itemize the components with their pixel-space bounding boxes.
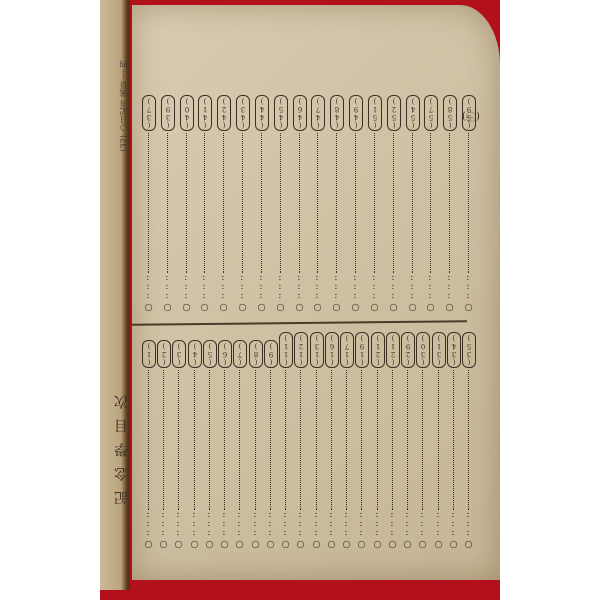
toc-entry: ○ ·· ·· ··(46) [293,78,305,313]
toc-entry: ○ ·· ·· ··(19) [355,325,367,550]
spine-entry-text: ○日記의 風景 ⋯ 四 [119,60,128,133]
toc-entry: ○ ·· ·· ··(31) [432,325,444,550]
toc-entry-text: ○ ·· ·· ·· [199,275,210,313]
toc-title: 記念學目次 [112,385,130,505]
toc-page-number: (2) [157,340,171,368]
toc-entry-text: ○ ·· ·· ·· [341,512,352,550]
toc-entry: ○ ·· ·· ··(34) [447,325,459,550]
toc-entry-text: ○ ·· ·· ·· [204,512,215,550]
leader-dots [318,133,319,273]
leader-dots [408,370,409,510]
toc-entry: ○ ·· ·· ··(1) [142,325,154,550]
leader-dots [450,133,451,273]
toc-page-number: (54) [406,95,420,131]
toc-entry-text: ○ ·· ·· ·· [387,512,398,550]
toc-page-number: (57) [424,95,438,131]
toc-entry-text: ○ ·· ·· ·· [173,512,184,550]
leader-dots [392,370,393,510]
toc-page-number: (21) [371,332,385,368]
toc-page-number: (29) [401,332,415,368]
toc-entry: ○ ·· ·· ··(9) [264,325,276,550]
leader-dots [164,370,165,510]
toc-entry: ○ ·· ·· ··(17) [340,325,352,550]
toc-entry-text: ○ ·· ·· ·· [143,512,154,550]
toc-entry-text: ○ ·· ·· ·· [250,512,261,550]
toc-entry: ○ ·· ·· ··(40) [180,78,192,313]
toc-entry-text: ○ ·· ·· ·· [162,275,173,313]
toc-entry: ○ ·· ·· ··(49) [349,78,361,313]
leader-dots [240,370,241,510]
leader-dots [337,133,338,273]
toc-page-number: (7) [233,340,247,368]
leader-dots [423,370,424,510]
toc-entry: ○ ·· ·· ··(51) [368,78,380,313]
toc-page-number: (47) [311,95,325,131]
leader-dots [280,133,281,273]
toc-entry-text: ○ ·· ·· ·· [388,275,399,313]
toc-page-number: (39) [161,95,175,131]
toc-entry: ○ ·· ·· ··(21) [371,325,383,550]
toc-entry: ○ ·· ·· ··(12) [294,325,306,550]
toc-entry: ○ ·· ·· ··(3) [172,325,184,550]
toc-page-number: (30) [416,332,430,368]
toc-page-number: (8) [249,340,263,368]
toc-entry-text: ○ ·· ·· ·· [181,275,192,313]
toc-entry: ○ ·· ·· ··(11) [279,325,291,550]
toc-entry-text: ○ ·· ·· ·· [265,512,276,550]
toc-entry: ○ ·· ·· ··(58) [443,78,455,313]
toc-entry-text: ○ ·· ·· ·· [402,512,413,550]
toc-entry: ○ ·· ·· ··(42) [217,78,229,313]
toc-entry-text: ○ ·· ·· ·· [425,275,436,313]
toc-entry: ○ ·· ·· ··(21) [386,325,398,550]
leader-dots [205,133,206,273]
toc-entry-text: ○ ·· ·· ·· [219,512,230,550]
toc-page-number: (41) [198,95,212,131]
leader-dots [347,370,348,510]
toc-entry: ○ ·· ·· ··(29) [401,325,413,550]
toc-entry-text: ○ ·· ·· ·· [350,275,361,313]
toc-entry-text: ○ ·· ·· ·· [463,512,474,550]
toc-entry-text: ○ ·· ·· ·· [218,275,229,313]
toc-entry: ○ ·· ·· ··(37) [142,78,154,313]
toc-entry-text: ○ ·· ·· ·· [433,512,444,550]
toc-entry: ○ ·· ·· ··(5) [203,325,215,550]
toc-entry: ○ ·· ·· ··(7) [233,325,245,550]
toc-entry: ○ ·· ·· ··(41) [198,78,210,313]
toc-entry: ○ ·· ·· ··(59) [462,78,474,313]
toc-page-number: (9) [264,340,278,368]
toc-entry: ○ ·· ·· ··(57) [424,78,436,313]
toc-entry-text: ○ ·· ·· ·· [280,512,291,550]
toc-page-number: (45) [274,95,288,131]
toc-entry-text: ○ ·· ·· ·· [295,512,306,550]
toc-page-number: (31) [432,332,446,368]
toc-entry: ○ ·· ·· ··(48) [330,78,342,313]
leader-dots [469,370,470,510]
toc-page-number: (19) [355,332,369,368]
leader-dots [469,133,470,273]
toc-entry-text: ○ ·· ·· ·· [312,275,323,313]
toc-page-number: (46) [293,95,307,131]
toc-page-number: (34) [447,332,461,368]
toc-entry-text: ○ ·· ·· ·· [448,512,459,550]
toc-entry-text: ○ ·· ·· ·· [143,275,154,313]
leader-dots [331,370,332,510]
leader-dots [301,370,302,510]
toc-page-number: (42) [217,95,231,131]
toc-entry: ○ ·· ·· ··(47) [311,78,323,313]
toc-entry: ○ ·· ·· ··(4) [188,325,200,550]
toc-entry-text: ○ ·· ·· ·· [331,275,342,313]
leader-dots [186,133,187,273]
toc-page-number: (11) [279,332,293,368]
toc-entry-text: ○ ·· ·· ·· [369,275,380,313]
toc-entry: ○ ·· ·· ··(30) [416,325,428,550]
toc-page-number: (52) [387,95,401,131]
leader-dots [243,133,244,273]
leader-dots [362,370,363,510]
toc-entry: ○ ·· ·· ··(16) [325,325,337,550]
toc-page-number: (49) [349,95,363,131]
leader-dots [438,370,439,510]
toc-entry-text: ○ ·· ·· ·· [275,275,286,313]
toc-page-number: (1) [142,340,156,368]
toc-entry: ○ ·· ·· ··(44) [255,78,267,313]
toc-entry-text: ○ ·· ·· ·· [294,275,305,313]
toc-page-number: (17) [340,332,354,368]
toc-entry: ○ ·· ·· ··(52) [387,78,399,313]
toc-page-number: (21) [386,332,400,368]
toc-entry-text: ○ ·· ·· ·· [237,275,248,313]
toc-page-number: (37) [142,95,156,131]
leader-dots [412,133,413,273]
leader-dots [374,133,375,273]
leader-dots [149,370,150,510]
toc-entry-text: ○ ·· ·· ·· [234,512,245,550]
toc-entry: ○ ·· ·· ··(39) [161,78,173,313]
toc-page-number: (40) [180,95,194,131]
leader-dots [453,370,454,510]
toc-page-number: (12) [294,332,308,368]
spine-entry-number: (32) [119,135,128,151]
toc-entry-text: ○ ·· ·· ·· [417,512,428,550]
toc-page-number: (43) [236,95,250,131]
toc-page-number: (59) [462,95,476,131]
toc-entry: ○ ·· ·· ··(2) [157,325,169,550]
toc-page-number: (4) [188,340,202,368]
toc-entry: ○ ·· ·· ··(13) [310,325,322,550]
toc-entry: ○ ·· ·· ··(54) [406,78,418,313]
leader-dots [431,133,432,273]
toc-entry: ○ ·· ·· ··(35) [462,325,474,550]
toc-page-number: (3) [172,340,186,368]
toc-entry-text: ○ ·· ·· ·· [444,275,455,313]
leader-dots [316,370,317,510]
toc-page-number: (5) [203,340,217,368]
leader-dots [377,370,378,510]
leader-dots [356,133,357,273]
toc-page-number: (44) [255,95,269,131]
leader-dots [194,370,195,510]
toc-entry-text: ○ ·· ·· ·· [189,512,200,550]
spine-entry: (32) ○日記의 風景 ⋯ 四 [118,60,132,152]
toc-page-number: (6) [218,340,232,368]
leader-dots [270,370,271,510]
leader-dots [224,133,225,273]
leader-dots [179,370,180,510]
toc-entry-text: ○ ·· ·· ·· [356,512,367,550]
toc-entry-text: ○ ·· ·· ·· [256,275,267,313]
toc-entry-text: ○ ·· ·· ·· [407,275,418,313]
toc-page-number: (16) [325,332,339,368]
leader-dots [255,370,256,510]
toc-entry: ○ ·· ·· ··(45) [274,78,286,313]
toc-entry: ○ ·· ·· ··(6) [218,325,230,550]
toc-page-number: (48) [330,95,344,131]
toc-entry: ○ ·· ·· ··(8) [249,325,261,550]
toc-entry-text: ○ ·· ·· ·· [326,512,337,550]
toc-page-number: (58) [443,95,457,131]
leader-dots [299,133,300,273]
toc-page-number: (51) [368,95,382,131]
leader-dots [225,370,226,510]
leader-dots [149,133,150,273]
toc-entry-text: ○ ·· ·· ·· [463,275,474,313]
leader-dots [209,370,210,510]
toc-page-number: (35) [462,332,476,368]
leader-dots [261,133,262,273]
toc-entry: ○ ·· ·· ··(43) [236,78,248,313]
leader-dots [286,370,287,510]
leader-dots [393,133,394,273]
toc-entry-text: ○ ·· ·· ·· [372,512,383,550]
toc-entry-text: ○ ·· ·· ·· [311,512,322,550]
toc-entry-text: ○ ·· ·· ·· [158,512,169,550]
toc-page-number: (13) [310,332,324,368]
leader-dots [167,133,168,273]
